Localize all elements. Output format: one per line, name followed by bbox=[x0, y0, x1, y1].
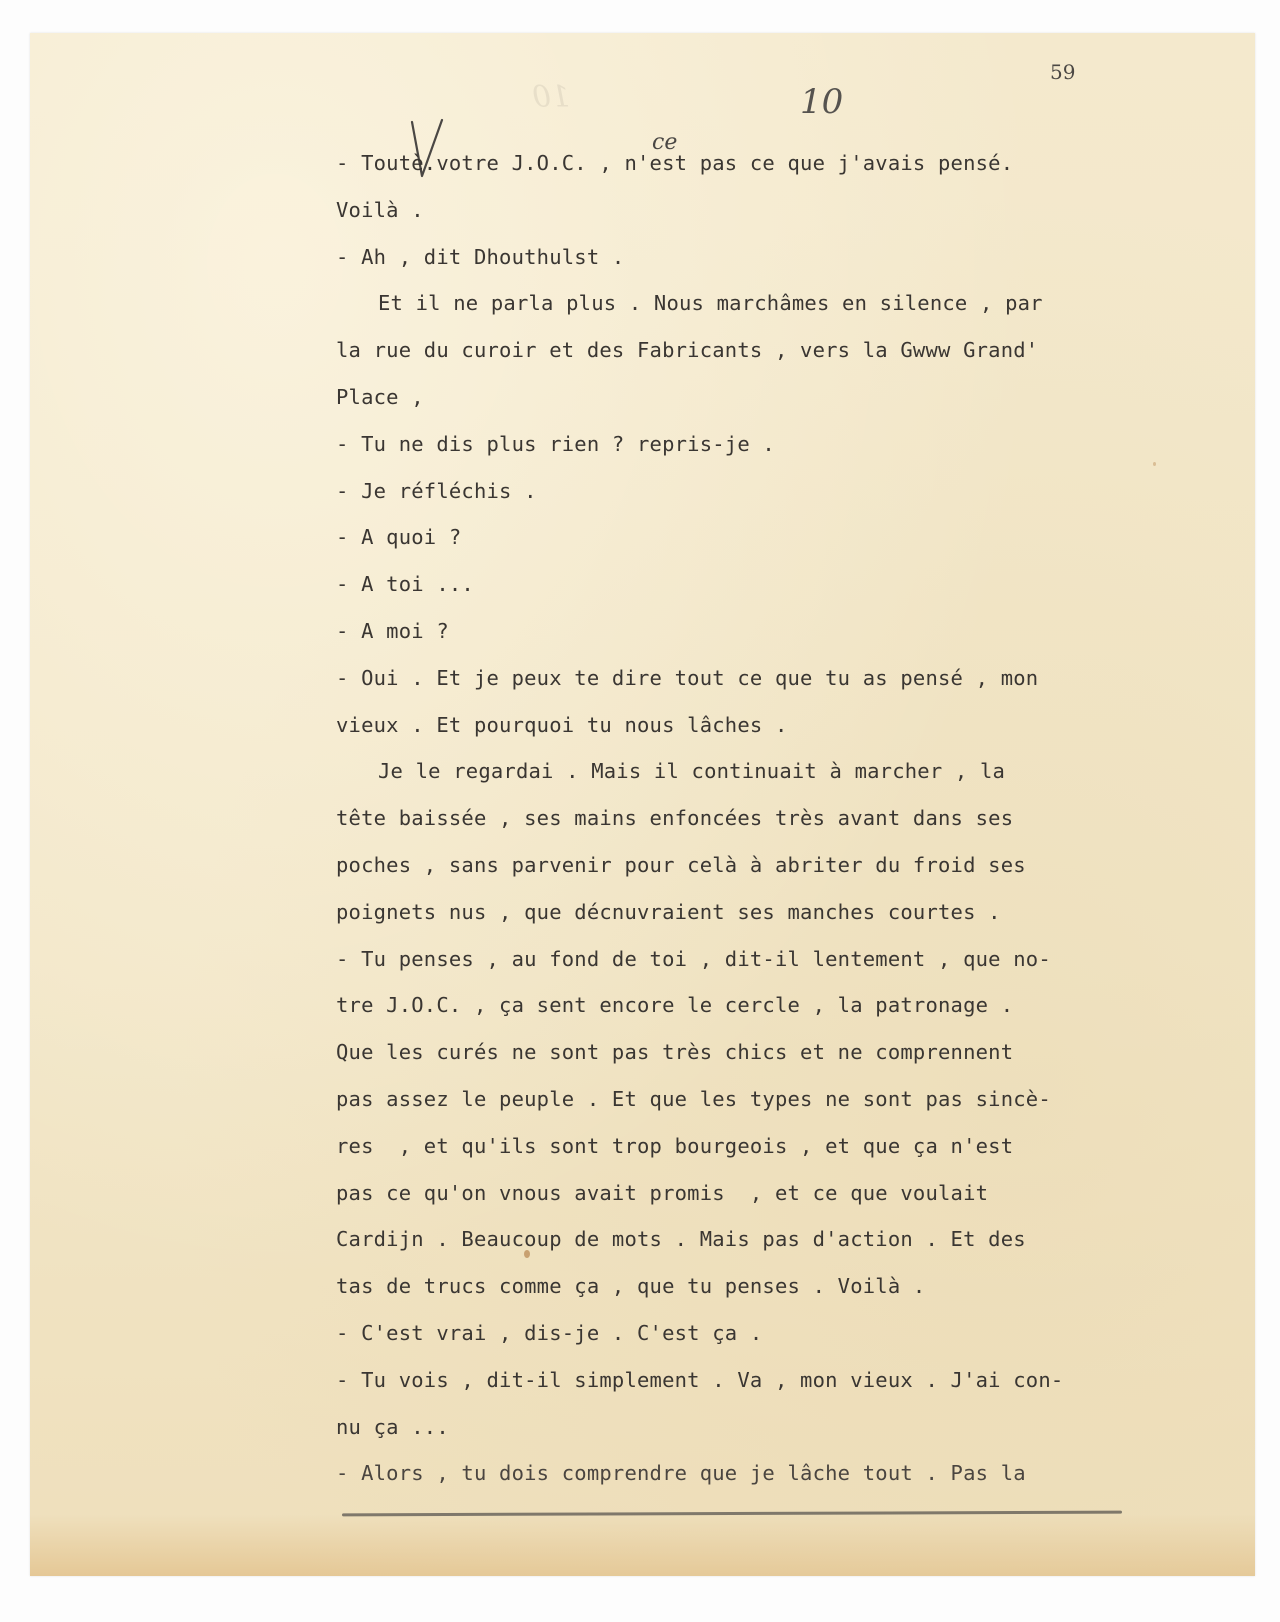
text-line: - Ah , dit Dhouthulst . bbox=[336, 247, 624, 268]
text-line: Cardijn . Beaucoup de mots . Mais pas d'… bbox=[336, 1229, 1026, 1250]
text-line: - A quoi ? bbox=[336, 527, 461, 548]
text-line: - A toi ... bbox=[336, 574, 474, 595]
text-line: Voilà . bbox=[336, 200, 424, 221]
text-line: Que les curés ne sont pas très chics et … bbox=[336, 1042, 1013, 1063]
handwritten-number: 10 bbox=[800, 82, 843, 122]
text-line: poignets nus , que décnuvraient ses manc… bbox=[336, 902, 1001, 923]
text-line: Place , bbox=[336, 387, 424, 408]
text-line: pas ce qu'on vnous avait promis , et ce … bbox=[336, 1183, 988, 1204]
text-line: la rue du curoir et des Fabricants , ver… bbox=[336, 340, 1038, 361]
text-line: pas assez le peuple . Et que les types n… bbox=[336, 1089, 1051, 1110]
text-line: Et il ne parla plus . Nous marchâmes en … bbox=[378, 293, 1043, 314]
paper-speck bbox=[1153, 462, 1156, 466]
bleed-through-number: 10 bbox=[532, 80, 570, 115]
text-line: - Tu penses , au fond de toi , dit-il le… bbox=[336, 949, 1051, 970]
struck-out-line: - Alors , tu dois comprendre que je lâch… bbox=[336, 1463, 1026, 1484]
ink-stain bbox=[524, 1250, 530, 1258]
text-line: - Tu ne dis plus rien ? repris-je . bbox=[336, 434, 775, 455]
page-number: 59 bbox=[1050, 60, 1075, 84]
text-line: - Je réfléchis . bbox=[336, 481, 537, 502]
text-line: Je le regardai . Mais il continuait à ma… bbox=[378, 761, 1005, 782]
text-line: - Tu vois , dit-il simplement . Va , mon… bbox=[336, 1370, 1063, 1391]
text-line: tre J.O.C. , ça sent encore le cercle , … bbox=[336, 995, 1013, 1016]
text-line: nu ça ... bbox=[336, 1417, 449, 1438]
text-line: - Oui . Et je peux te dire tout ce que t… bbox=[336, 668, 1038, 689]
text-line: - A moi ? bbox=[336, 621, 449, 642]
text-line: tête baissée , ses mains enfoncées très … bbox=[336, 808, 1013, 829]
text-line: - C'est vrai , dis-je . C'est ça . bbox=[336, 1323, 762, 1344]
text-line: poches , sans parvenir pour celà à abrit… bbox=[336, 855, 1026, 876]
text-line: tas de trucs comme ça , que tu penses . … bbox=[336, 1276, 925, 1297]
text-line: - Toutè.votre J.O.C. , n'est pas ce que … bbox=[336, 153, 1013, 174]
text-line: vieux . Et pourquoi tu nous lâches . bbox=[336, 715, 788, 736]
text-line: res , et qu'ils sont trop bourgeois , et… bbox=[336, 1136, 1013, 1157]
